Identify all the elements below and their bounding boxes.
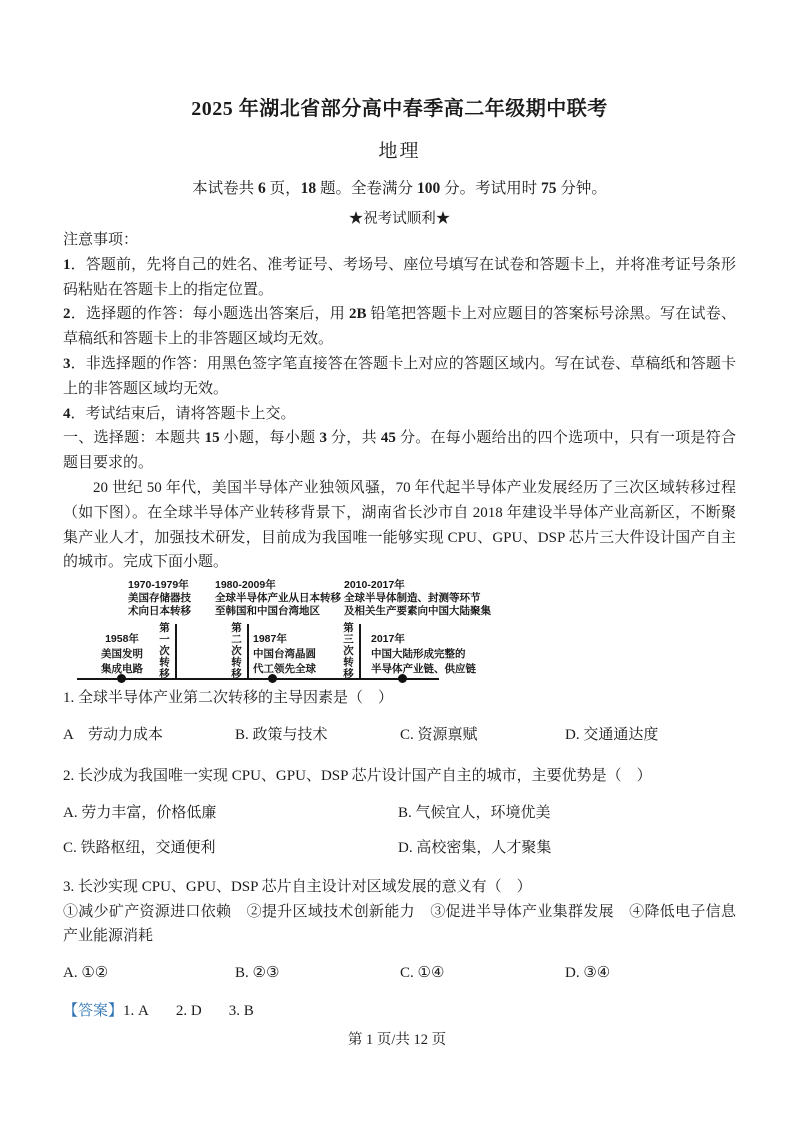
question-stem: 3. 长沙实现 CPU、GPU、DSP 芯片自主设计对区域发展的意义有（ ）: [63, 875, 736, 900]
period-text: 1980-2009年: [215, 579, 341, 592]
answer-item-1: 1. A: [123, 1003, 149, 1019]
question-options: A 劳动力成本 B. 政策与技术 C. 资源禀赋 D. 交通通达度: [63, 724, 736, 746]
option-b: B. ②③: [235, 962, 400, 984]
passage-text: 20 世纪 50 年代，美国半导体产业独领风骚，70 年代起半导体产业发展经历了…: [63, 476, 736, 575]
transfer-vertical-label-2: 第二次转移: [230, 622, 241, 680]
period-desc-line: 美国存储器技: [128, 592, 191, 605]
option-d: D. 交通通达度: [565, 724, 736, 746]
answer-item-3: 3. B: [229, 1003, 254, 1019]
timeline-dot-1958: [117, 674, 126, 683]
exam-title: 2025 年湖北省部分高中春季高二年级期中联考: [63, 0, 736, 121]
page-footer: 第 1 页/共 12 页: [0, 1028, 794, 1049]
option-c: C. ①④: [400, 962, 565, 984]
exam-wish: ★祝考试顺利★: [63, 207, 736, 228]
timeline-bottom-label-1: 1958年 美国发明 集成电路: [91, 632, 153, 677]
period-desc-line: 及相关生产要素向中国大陆聚集: [344, 605, 491, 618]
timeline-dot-1987: [268, 674, 277, 683]
option-c: C. 资源禀赋: [400, 724, 565, 746]
transfer-divider-line-3: [359, 624, 361, 678]
option-b: B. 气候宜人，环境优美: [398, 802, 736, 824]
notices-heading: 注意事项：: [63, 228, 736, 253]
year-text: 1958年: [91, 632, 153, 647]
transfer-vertical-label-1: 第一次转移: [158, 622, 169, 680]
timeline-top-label-3: 2010-2017年 全球半导体制造、封测等环节 及相关生产要素向中国大陆聚集: [344, 579, 491, 618]
question-options: A. ①② B. ②③ C. ①④ D. ③④: [63, 962, 736, 984]
year-text: 2017年: [371, 632, 476, 647]
milestone-desc-line: 半导体产业链、供应链: [371, 662, 476, 677]
option-a: A. ①②: [63, 962, 235, 984]
timeline-axis: [77, 678, 439, 680]
period-desc-line: 全球半导体产业从日本转移: [215, 592, 341, 605]
notice-item-4: 4．考试结束后，请将答题卡上交。: [63, 402, 736, 427]
option-c: C. 铁路枢纽，交通便利: [63, 837, 398, 859]
exam-page: 2025 年湖北省部分高中春季高二年级期中联考 地理 本试卷共 6 页，18 题…: [0, 0, 794, 1123]
period-desc-line: 至韩国和中国台湾地区: [215, 605, 341, 618]
period-text: 2010-2017年: [344, 579, 491, 592]
year-text: 1987年: [253, 632, 316, 647]
option-d: D. 高校密集，人才聚集: [398, 837, 736, 859]
period-desc-line: 全球半导体制造、封测等环节: [344, 592, 491, 605]
milestone-desc-line: 代工领先全球: [253, 662, 316, 677]
answers-line: 【答案】1. A2. D3. B: [63, 1000, 736, 1022]
exam-subject: 地理: [63, 136, 736, 163]
timeline-top-label-1: 1970-1979年 美国存储器技 术向日本转移: [128, 579, 191, 618]
notice-item-3: 3．非选择题的作答：用黑色签字笔直接答在答题卡上对应的答题区域内。写在试卷、草稿…: [63, 352, 736, 402]
milestone-desc-line: 中国台湾晶圆: [253, 647, 316, 662]
transfer-divider-line-1: [175, 624, 177, 678]
transfer-vertical-label-3: 第三次转移: [342, 622, 353, 680]
question-block-2: 2. 长沙成为我国唯一实现 CPU、GPU、DSP 芯片设计国产自主的城市，主要…: [63, 764, 736, 859]
page-content: 2025 年湖北省部分高中春季高二年级期中联考 地理 本试卷共 6 页，18 题…: [63, 0, 736, 1022]
timeline-bottom-label-3: 2017年 中国大陆形成完整的 半导体产业链、供应链: [371, 632, 476, 677]
option-b: B. 政策与技术: [235, 724, 400, 746]
exam-info-line: 本试卷共 6 页，18 题。全卷满分 100 分。考试用时 75 分钟。: [63, 176, 736, 198]
milestone-desc-line: 美国发明: [91, 647, 153, 662]
timeline-dot-2017: [398, 674, 407, 683]
option-a: A. 劳力丰富，价格低廉: [63, 802, 398, 824]
question-stem: 2. 长沙成为我国唯一实现 CPU、GPU、DSP 芯片设计国产自主的城市，主要…: [63, 764, 736, 789]
semiconductor-transfer-timeline: 1970-1979年 美国存储器技 术向日本转移 1980-2009年 全球半导…: [63, 576, 736, 686]
notice-item-1: 1．答题前，先将自己的姓名、准考证号、考场号、座位号填写在试卷和答题卡上，并将准…: [63, 253, 736, 303]
transfer-divider-line-2: [247, 624, 249, 678]
question-numbered-items: ①减少矿产资源进口依赖 ②提升区域技术创新能力 ③促进半导体产业集群发展 ④降低…: [63, 900, 736, 950]
question-stem: 1. 全球半导体产业第二次转移的主导因素是（ ）: [63, 686, 736, 711]
timeline-bottom-label-2: 1987年 中国台湾晶圆 代工领先全球: [253, 632, 316, 677]
option-d: D. ③④: [565, 962, 736, 984]
notice-item-2: 2．选择题的作答：每小题选出答案后，用 2B 铅笔把答题卡上对应题目的答案标号涂…: [63, 302, 736, 352]
question-block-1: 1. 全球半导体产业第二次转移的主导因素是（ ） A 劳动力成本 B. 政策与技…: [63, 686, 736, 746]
question-options: A. 劳力丰富，价格低廉 B. 气候宜人，环境优美 C. 铁路枢纽，交通便利 D…: [63, 802, 736, 859]
milestone-desc-line: 中国大陆形成完整的: [371, 647, 476, 662]
period-text: 1970-1979年: [128, 579, 191, 592]
answers-label: 【答案】: [63, 1003, 123, 1019]
option-a: A 劳动力成本: [63, 724, 235, 746]
period-desc-line: 术向日本转移: [128, 605, 191, 618]
question-block-3: 3. 长沙实现 CPU、GPU、DSP 芯片自主设计对区域发展的意义有（ ） ①…: [63, 875, 736, 984]
timeline-top-label-2: 1980-2009年 全球半导体产业从日本转移 至韩国和中国台湾地区: [215, 579, 341, 618]
answer-item-2: 2. D: [176, 1003, 202, 1019]
section-heading: 一、选择题：本题共 15 小题，每小题 3 分，共 45 分。在每小题给出的四个…: [63, 426, 736, 476]
